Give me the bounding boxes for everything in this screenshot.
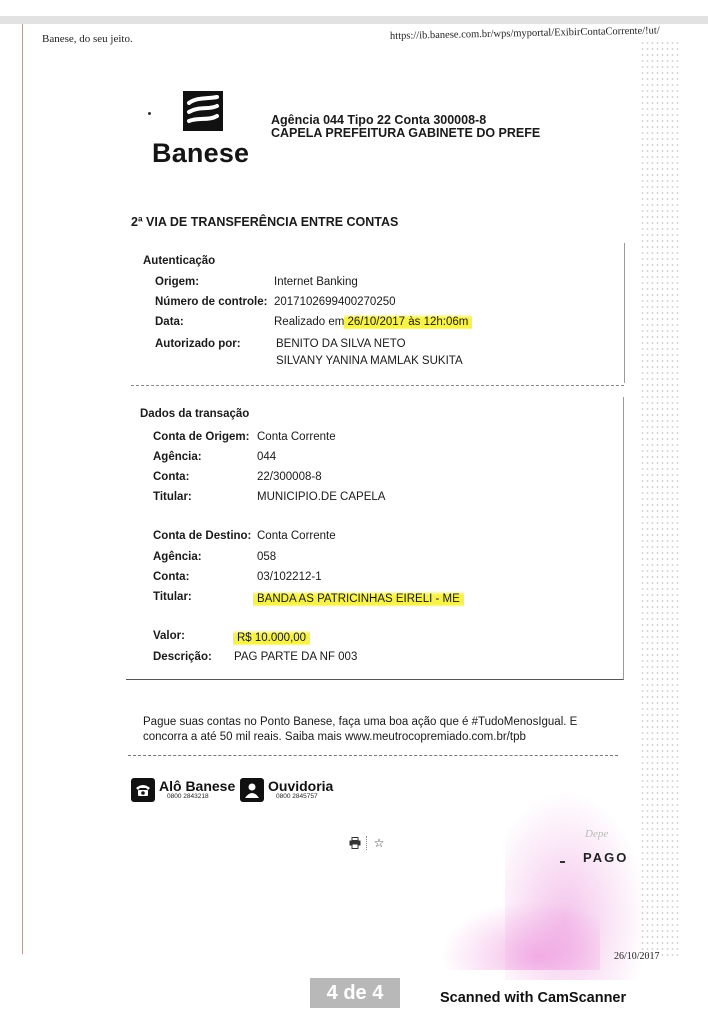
pink-smudge [440, 900, 600, 970]
highlighted-holder: BANDA AS PATRICINHAS EIRELI - ME [253, 591, 464, 607]
authentication-title: Autenticação [143, 255, 215, 267]
field-label: Titular: [153, 491, 192, 503]
account-header-line1: Agência 044 Tipo 22 Conta 300008-8 [271, 113, 486, 127]
highlighted-date: 26/10/2017 às 12h:06m [344, 314, 473, 330]
field-value: Conta Corrente [257, 431, 336, 443]
page-edge [22, 24, 23, 954]
account-header-line2: CAPELA PREFEITURA GABINETE DO PREFE [271, 126, 540, 140]
field-label: Conta de Origem: [153, 431, 249, 443]
field-value: MUNICIPIO.DE CAPELA [257, 491, 385, 503]
field-label: Autorizado por: [155, 338, 241, 350]
field-label: Origem: [155, 276, 199, 288]
field-label: Conta: [153, 471, 189, 483]
field-label: Conta: [153, 571, 189, 583]
document-title: 2ª VIA DE TRANSFERÊNCIA ENTRE CONTAS [131, 215, 398, 229]
page-tools: ☆ [348, 836, 386, 850]
field-value: 20171026994002702​50 [274, 296, 396, 308]
field-value: Realizado em 26/10/2017 às 12h:06m [274, 316, 472, 328]
promo-text: Pague suas contas no Ponto Banese, faça … [143, 715, 603, 745]
tool-separator [366, 836, 368, 850]
field-value: PAG PARTE DA NF 003 [234, 651, 357, 663]
field-label: Data: [155, 316, 184, 328]
banese-waves-icon [183, 91, 223, 131]
stamp-mark [560, 861, 565, 863]
field-value: 058 [257, 551, 276, 563]
contact-alo-banese[interactable]: Alô Banese0800 2843218 [131, 778, 235, 802]
contact-phone: 0800 2845757 [276, 794, 333, 801]
paid-stamp: PAGO [583, 850, 628, 865]
field-value: 03/102212-1 [257, 571, 322, 583]
star-icon[interactable]: ☆ [372, 836, 386, 850]
field-value: 22/300008-8 [257, 471, 322, 483]
authorizer-2: SILVANY YANINA MAMLAK SUKITA [276, 355, 463, 367]
print-footer-date: 26/10/2017 [614, 951, 660, 962]
print-header-url: https://ib.banese.com.br/wps/myportal/Ex… [390, 25, 660, 42]
page-counter: 4 de 4 [310, 978, 400, 1008]
field-label: Valor: [153, 630, 185, 642]
contact-phone: 0800 2843218 [167, 794, 235, 801]
authorizer-1: BENITO DA SILVA NETO [276, 338, 406, 350]
date-prefix: Realizado em [274, 316, 348, 328]
handwritten-scrawl: Depe [585, 828, 608, 840]
field-value: 044 [257, 451, 276, 463]
print-header-slogan: Banese, do seu jeito. [42, 33, 133, 45]
bank-logo-wordmark: Banese [152, 138, 249, 169]
field-label: Número de controle: [155, 296, 267, 308]
speck [148, 112, 151, 115]
scanner-watermark: Scanned with CamScanner [440, 990, 626, 1006]
field-label: Conta de Destino: [153, 530, 251, 542]
field-label: Agência: [153, 551, 202, 563]
telephone-icon [131, 778, 155, 802]
section-divider [131, 385, 624, 386]
field-value: Conta Corrente [257, 530, 336, 542]
contact-name: Alô Banese [159, 779, 235, 793]
person-icon [240, 778, 264, 802]
print-icon[interactable] [348, 836, 362, 850]
field-label: Descrição: [153, 651, 212, 663]
viewer-top-strip [0, 16, 708, 24]
contact-ouvidoria[interactable]: Ouvidoria0800 2845757 [240, 778, 333, 802]
highlighted-amount: R$ 10.000,00 [233, 630, 310, 646]
field-label: Titular: [153, 591, 192, 603]
contact-name: Ouvidoria [268, 779, 333, 793]
field-label: Agência: [153, 451, 202, 463]
field-value: Internet Banking [274, 276, 358, 288]
transaction-title: Dados da transação [140, 408, 249, 420]
promo-divider [128, 755, 618, 756]
